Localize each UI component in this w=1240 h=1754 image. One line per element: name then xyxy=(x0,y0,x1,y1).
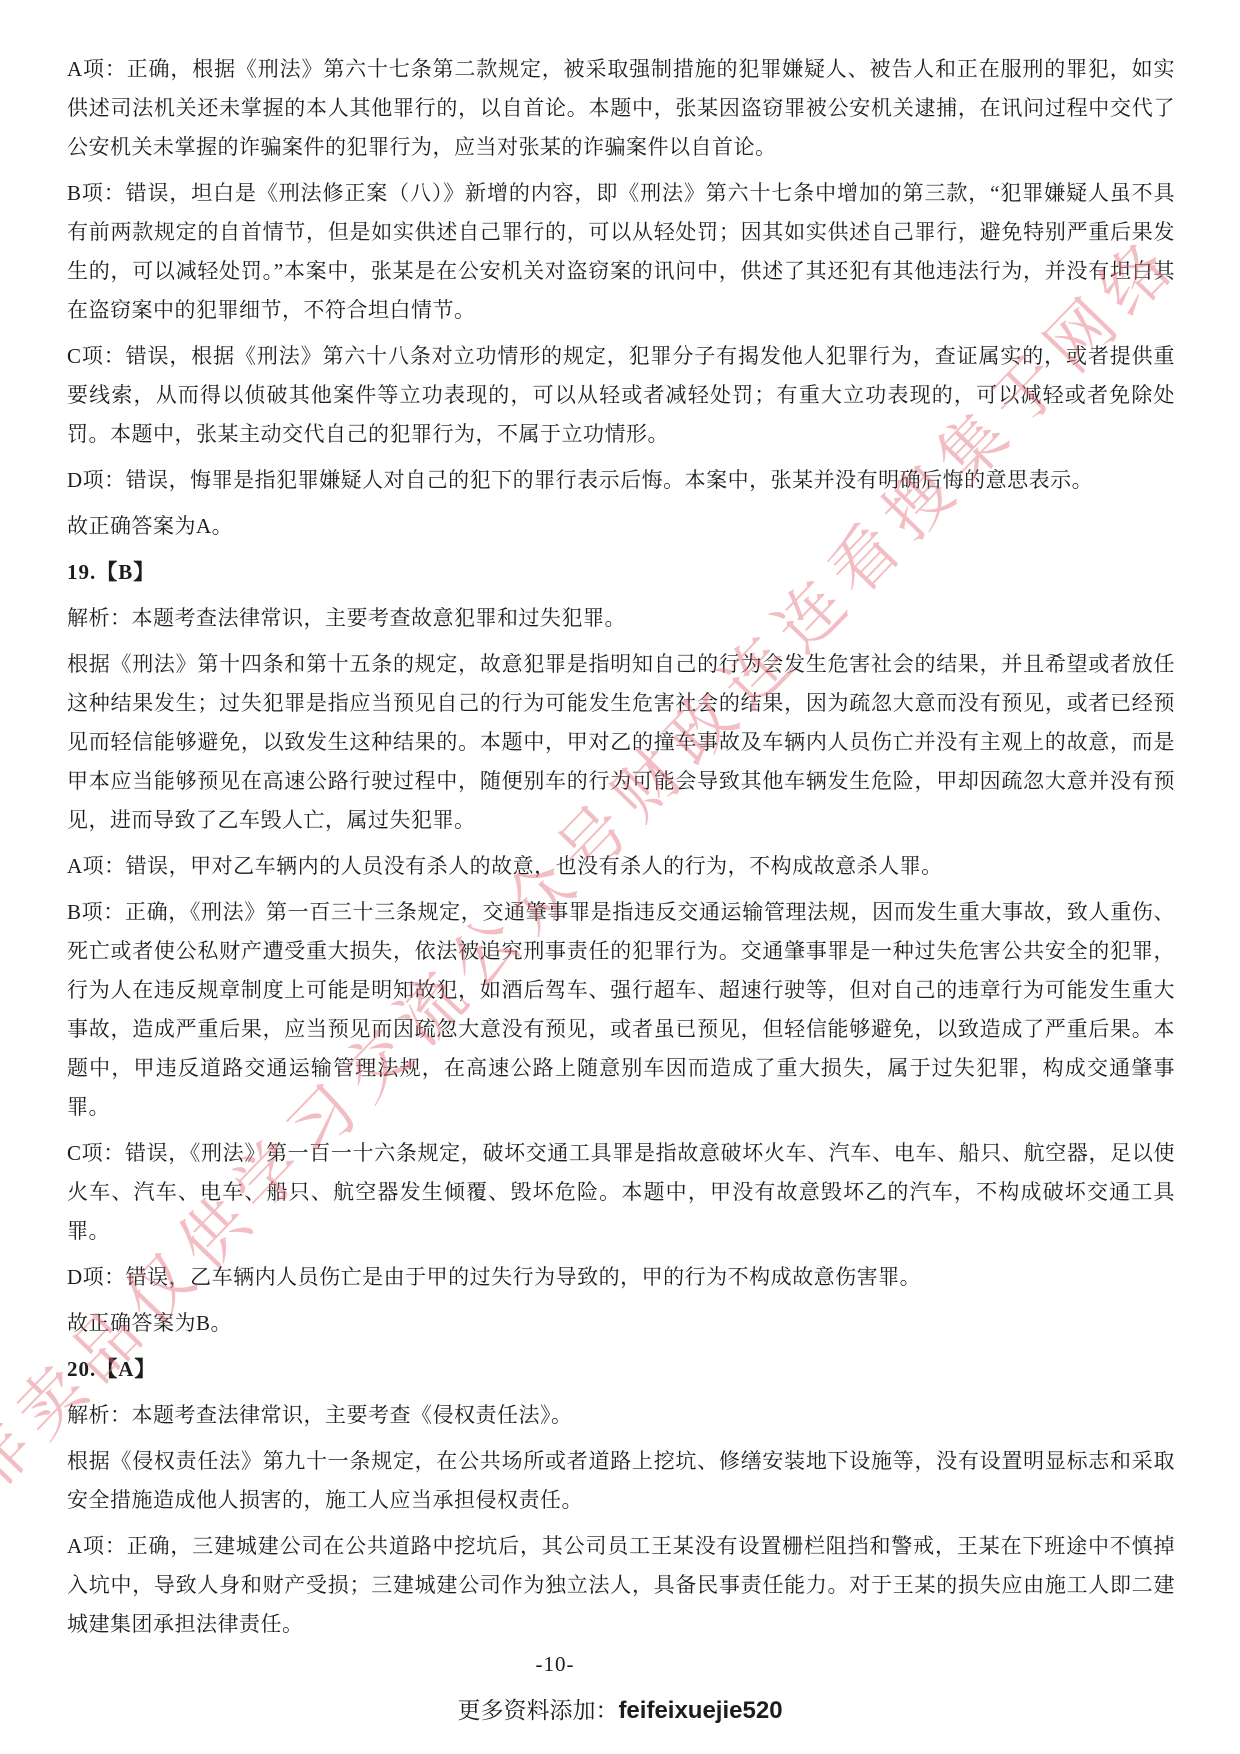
q19-number-answer: 19.【B】 xyxy=(67,553,1175,592)
q19-option-b-analysis: B项：正确，《刑法》第一百三十三条规定，交通肇事罪是指违反交通运输管理法规，因而… xyxy=(67,893,1175,1127)
q19-conclusion: 故正确答案为B。 xyxy=(67,1304,1175,1343)
q19-law-basis: 根据《刑法》第十四条和第十五条的规定，故意犯罪是指明知自己的行为会发生危害社会的… xyxy=(67,645,1175,840)
footer-note: 更多资料添加：feifeixuejie520 xyxy=(0,1692,1240,1725)
q18-option-c-analysis: C项：错误，根据《刑法》第六十八条对立功情形的规定，犯罪分子有揭发他人犯罪行为，… xyxy=(67,337,1175,454)
q18-conclusion: 故正确答案为A。 xyxy=(67,507,1175,546)
q18-option-a-analysis: A项：正确，根据《刑法》第六十七条第二款规定，被采取强制措施的犯罪嫌疑人、被告人… xyxy=(67,50,1175,167)
q20-number-answer: 20.【A】 xyxy=(67,1350,1175,1389)
q19-option-c-analysis: C项：错误，《刑法》第一百一十六条规定，破坏交通工具罪是指故意破坏火车、汽车、电… xyxy=(67,1134,1175,1251)
page-number: -10- xyxy=(0,1652,1110,1677)
q19-analysis-intro: 解析：本题考查法律常识，主要考查故意犯罪和过失犯罪。 xyxy=(67,599,1175,638)
footer-note-prefix: 更多资料添加： xyxy=(457,1698,618,1723)
q19-option-a-analysis: A项：错误，甲对乙车辆内的人员没有杀人的故意，也没有杀人的行为，不构成故意杀人罪… xyxy=(67,847,1175,886)
q20-law-basis: 根据《侵权责任法》第九十一条规定，在公共场所或者道路上挖坑、修缮安装地下设施等，… xyxy=(67,1442,1175,1520)
q20-analysis-intro: 解析：本题考查法律常识，主要考查《侵权责任法》。 xyxy=(67,1396,1175,1435)
document-body: A项：正确，根据《刑法》第六十七条第二款规定，被采取强制措施的犯罪嫌疑人、被告人… xyxy=(67,50,1175,1651)
footer-account-id: feifeixuejie520 xyxy=(618,1697,782,1724)
q19-option-d-analysis: D项：错误，乙车辆内人员伤亡是由于甲的过失行为导致的，甲的行为不构成故意伤害罪。 xyxy=(67,1258,1175,1297)
q20-option-a-analysis: A项：正确，三建城建公司在公共道路中挖坑后，其公司员工王某没有设置栅栏阻挡和警戒… xyxy=(67,1527,1175,1644)
q18-option-b-analysis: B项：错误，坦白是《刑法修正案（八）》新增的内容，即《刑法》第六十七条中增加的第… xyxy=(67,174,1175,330)
q18-option-d-analysis: D项：错误，悔罪是指犯罪嫌疑人对自己的犯下的罪行表示后悔。本案中，张某并没有明确… xyxy=(67,461,1175,500)
